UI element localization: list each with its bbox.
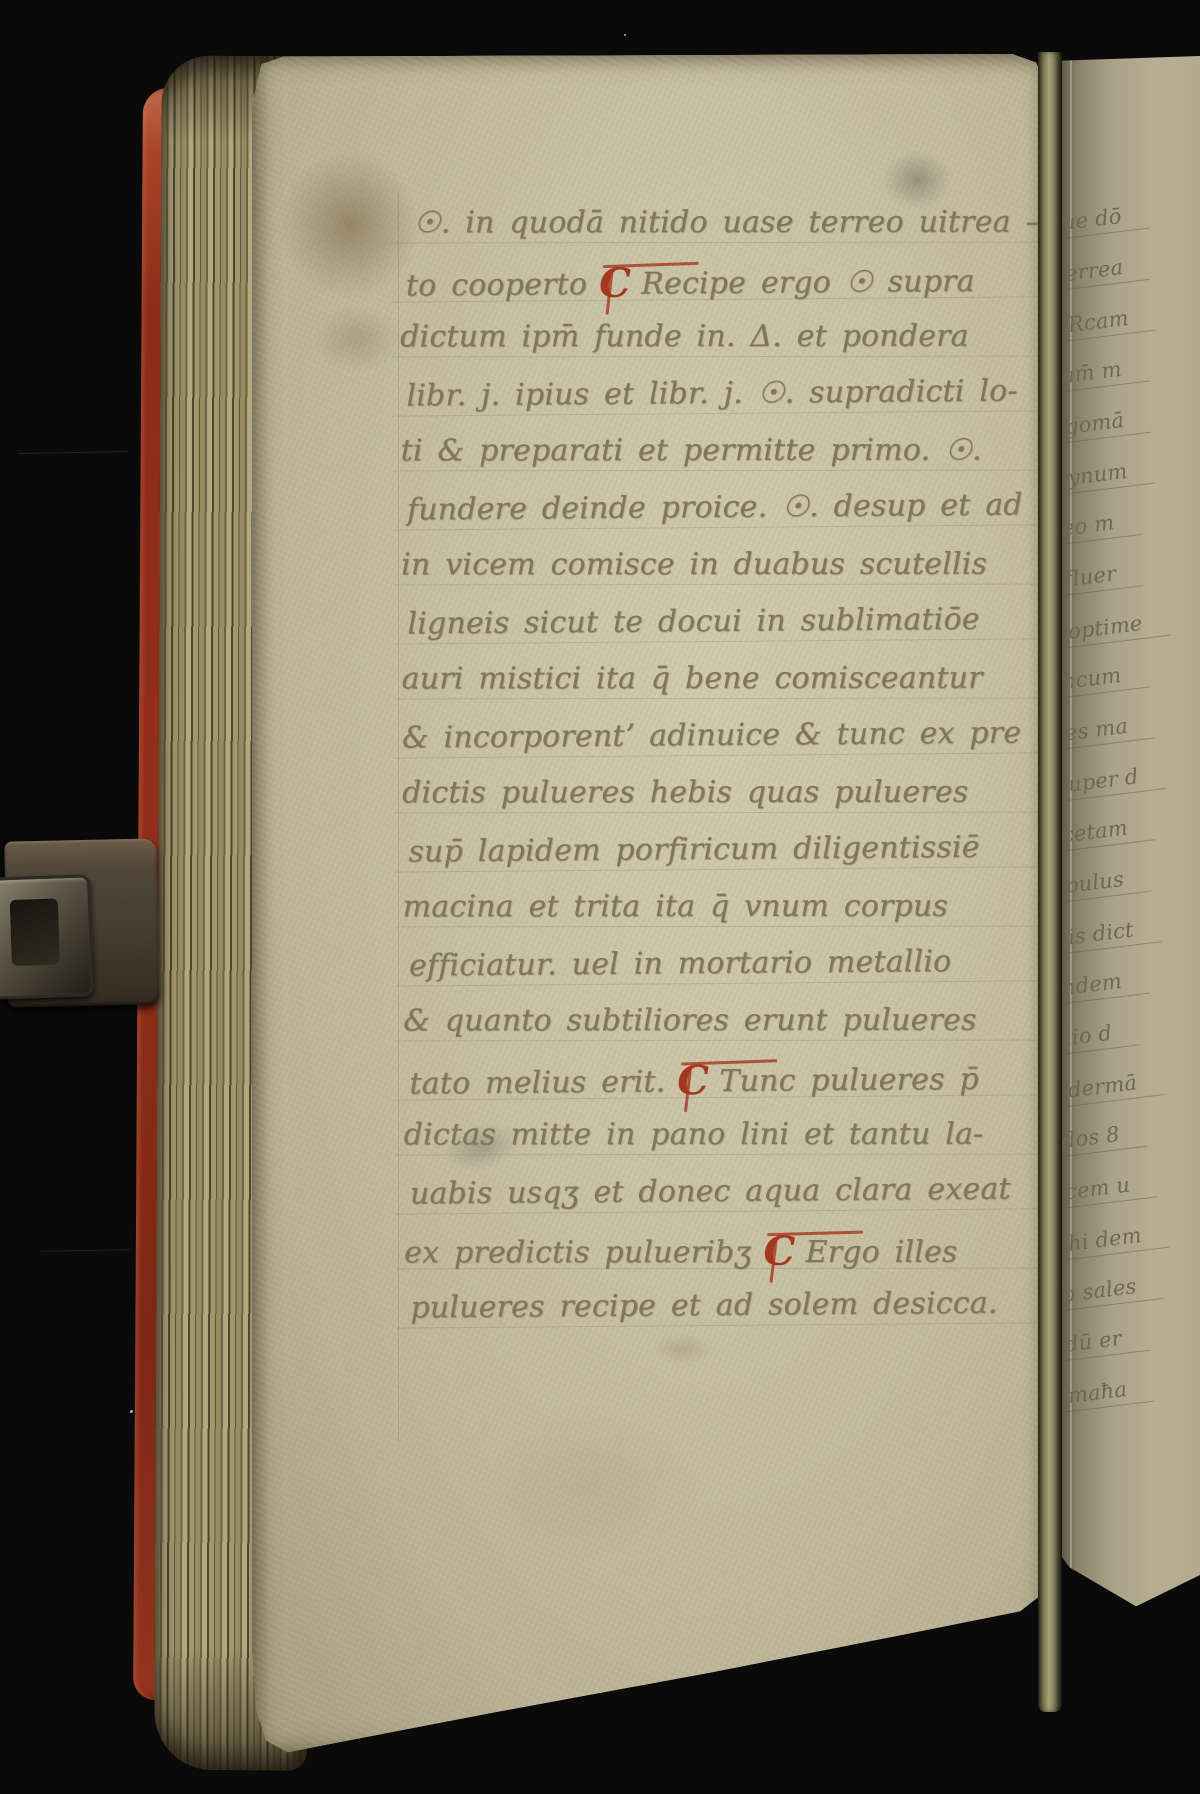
pilcrow-mark: C (763, 1223, 795, 1280)
manuscript-line: macina et trita ita q̄ vnum corpus (403, 878, 1023, 936)
text-segment: efficiatur. uel in mortario metallio (409, 944, 952, 983)
text-segment: sup̄ lapidem porfiricum diligentissiē (408, 830, 980, 870)
text-segment: ex predictis pulueribʒ (404, 1235, 751, 1270)
facing-page-fragment: dū er (1062, 1323, 1150, 1361)
text-segment: ☉. in quodā nitido uase terreo uitrea – (414, 205, 1041, 241)
text-segment: Recipe ergo ☉ supra (641, 264, 975, 302)
clasp-buckle-metal (0, 874, 94, 999)
dust-speck (624, 34, 626, 36)
scratch-streak (40, 1249, 130, 1252)
facing-page-fragment: optime (1065, 608, 1170, 648)
text-segment: & quanto subtiliores erunt pulueres (403, 1003, 977, 1039)
text-segment: Ergo illes (806, 1235, 958, 1270)
text-segment: pulueres recipe et ad solem desicca. (410, 1286, 997, 1326)
manuscript-line: pulueres recipe et ad solem desicca. (404, 1274, 1024, 1336)
photo-background: ☉. in quodā nitido uase terreo uitrea –t… (0, 0, 1200, 1794)
facing-page-fragment: is dict (1065, 914, 1162, 953)
facing-page-fragment: uper d (1065, 761, 1166, 801)
text-segment: dictis pulueres hebis quas pulueres (402, 775, 968, 811)
manuscript-line: sup̄ lapidem porfiricum diligentissiē (402, 818, 1022, 880)
text-segment: dictas mitte in pano lini et tantu la- (404, 1117, 984, 1153)
facing-page-fragment: pulus (1062, 864, 1152, 902)
fore-edge-bar (1038, 52, 1062, 1712)
facing-page-fragment: ndem (1059, 966, 1150, 1005)
facing-page-fragment: eo m (1059, 507, 1142, 545)
facing-page-fragment: fluer (1062, 558, 1144, 595)
manuscript-line: to coopertoCRecipe ergo ☉ supra (400, 248, 1020, 310)
facing-page-fragment: am̄ m (1059, 354, 1150, 392)
text-segment: fundere deinde proice. ☉. desup et ad (407, 487, 1023, 527)
facing-page-fragment: dermā (1065, 1067, 1165, 1107)
manuscript-line: efficiatur. uel in mortario metallio (403, 932, 1023, 994)
manuscript-line: fundere deinde proice. ☉. desup et ad (401, 476, 1021, 538)
stain (482, 1404, 702, 1564)
text-segment: ti & preparati et permitte primo. ☉. (401, 433, 982, 469)
text-segment: macina et trita ita q̄ vnum corpus (403, 889, 948, 925)
facing-page-fragment: lio d (1062, 1018, 1140, 1055)
facing-page-fragment: ue dō (1059, 201, 1149, 239)
manuscript-line: uabis usqʒ et donec aqua clara exeat (404, 1160, 1024, 1222)
facing-page-fragment: cem u (1062, 1169, 1158, 1208)
stain (652, 1334, 712, 1364)
main-page: ☉. in quodā nitido uase terreo uitrea –t… (252, 54, 1044, 1754)
manuscript-line: dictum ipm̄ funde in. Δ. et pondera (400, 308, 1020, 366)
manuscript-line: & quanto subtiliores erunt pulueres (403, 992, 1023, 1050)
facing-page-fragment: ynum (1065, 456, 1155, 494)
facing-page-fragment: gomā (1062, 405, 1152, 443)
facing-page-fragment: b sales (1059, 1271, 1164, 1311)
dust-speck (130, 1410, 133, 1413)
facing-page-fragment: es ma (1062, 711, 1156, 750)
facing-page-fragment: maħa (1065, 1374, 1155, 1412)
manuscript-line: in vicem comisce in duabus scutellis (401, 536, 1021, 594)
text-segment: to cooperto (406, 267, 587, 303)
text-segment: dictum ipm̄ funde in. Δ. et pondera (400, 319, 969, 355)
pilcrow-mark: C (677, 1052, 710, 1109)
manuscript-line: ex predictis pulueribʒCErgo illes (404, 1220, 1024, 1278)
manuscript-line: ligneis sicut te docui in sublimatiōe (401, 590, 1021, 652)
text-segment: auri mistici ita q̄ bene comisceantur (402, 661, 983, 697)
manuscript-line: tato melius erit.CTunc pulueres p̄ (403, 1046, 1023, 1108)
stain (312, 304, 402, 374)
manuscript-line: dictis pulueres hebis quas pulueres (402, 764, 1022, 822)
manuscript-line: dictas mitte in pano lini et tantu la- (404, 1106, 1024, 1164)
facing-page-fragment: cetam (1059, 812, 1156, 851)
facing-page-fragment: Rcam (1065, 303, 1157, 342)
manuscript-line: & incorporentʼ adinuice & tunc ex pre (402, 704, 1022, 766)
manuscript-line: ti & preparati et permitte primo. ☉. (401, 422, 1021, 480)
text-segment: & incorporentʼ adinuice & tunc ex pre (402, 715, 1022, 755)
text-segment: ligneis sicut te docui in sublimatiōe (407, 602, 980, 642)
manuscript-line: auri mistici ita q̄ bene comisceantur (402, 650, 1022, 708)
facing-page-fragment: errea (1062, 252, 1151, 290)
pilcrow-mark: C (599, 255, 632, 312)
text-block: ☉. in quodā nitido uase terreo uitrea –t… (400, 193, 1025, 1336)
text-segment: in vicem comisce in duabus scutellis (401, 547, 987, 583)
facing-page-fragment: hi dem (1065, 1220, 1170, 1260)
scratch-streak (18, 451, 128, 454)
facing-page-fragment: dos 8 (1059, 1119, 1148, 1157)
text-segment: tato melius erit. (409, 1064, 665, 1101)
text-segment: libr. j. ipius et libr. j. ☉. supradicti… (406, 373, 1018, 413)
manuscript-line: ☉. in quodā nitido uase terreo uitrea – (400, 194, 1020, 252)
ruling-line (398, 192, 399, 1442)
manuscript-line: libr. j. ipius et libr. j. ☉. supradicti… (400, 362, 1020, 424)
facing-page-fragment: ncum (1059, 660, 1149, 698)
facing-page: ue dōerreaRcamam̄ mgomāynumeo mflueropti… (1058, 56, 1200, 1622)
text-segment: uabis usqʒ et donec aqua clara exeat (410, 1172, 1011, 1212)
text-segment: Tunc pulueres p̄ (719, 1062, 979, 1099)
